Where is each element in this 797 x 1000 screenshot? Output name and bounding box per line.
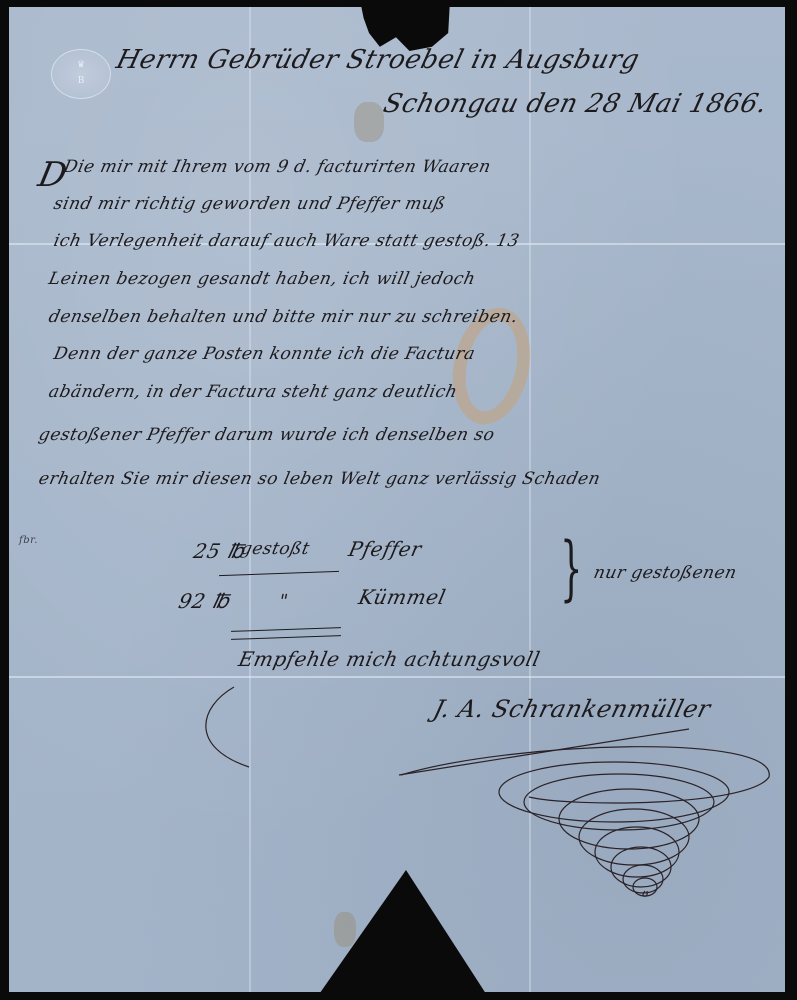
letter-sheet: ♛ B Herrn Gebrüder Stroebel in Augsburg …	[9, 7, 785, 992]
signature-flourish	[9, 7, 785, 992]
